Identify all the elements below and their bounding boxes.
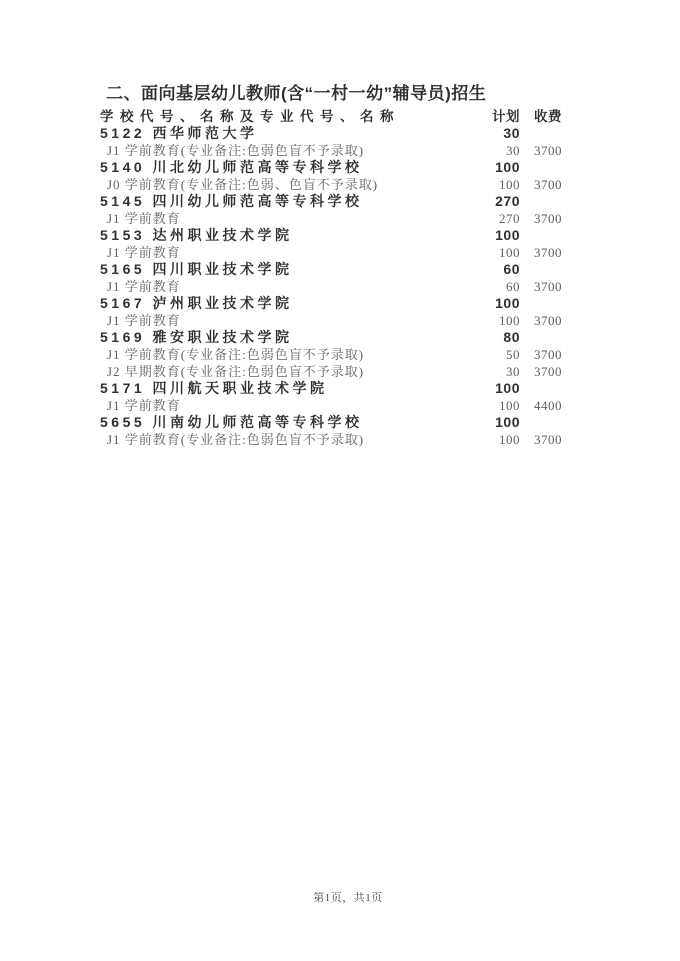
school-name: 5655 川南幼儿师范高等专科学校	[100, 414, 460, 431]
school-name: 5169 雅安职业技术学院	[100, 329, 460, 346]
plan-value: 100	[460, 397, 520, 414]
plan-value: 100	[460, 227, 520, 244]
header-plan-label: 计划	[460, 108, 520, 125]
major-name: J2 早期教育(专业备注:色弱色盲不予录取)	[100, 363, 460, 380]
plan-value: 100	[460, 414, 520, 431]
plan-value: 80	[460, 329, 520, 346]
table-row-major: J1 学前教育(专业备注:色弱色盲不予录取) 100 3700	[100, 431, 562, 448]
fee-value: 3700	[520, 278, 562, 295]
fee-value: 3700	[520, 346, 562, 363]
table-row-school: 5655 川南幼儿师范高等专科学校 100	[100, 414, 562, 431]
fee-value: 3700	[520, 142, 562, 159]
school-name: 5165 四川职业技术学院	[100, 261, 460, 278]
table-row-school: 5169 雅安职业技术学院 80	[100, 329, 562, 346]
table-row-major: J1 学前教育 100 4400	[100, 397, 562, 414]
fee-value: 3700	[520, 363, 562, 380]
school-name: 5140 川北幼儿师范高等专科学校	[100, 159, 460, 176]
table-row-school: 5153 达州职业技术学院 100	[100, 227, 562, 244]
fee-value: 3700	[520, 176, 562, 193]
plan-value: 100	[460, 312, 520, 329]
fee-value: 3700	[520, 210, 562, 227]
plan-value: 270	[460, 193, 520, 210]
plan-value: 100	[460, 159, 520, 176]
major-name: J1 学前教育(专业备注:色弱色盲不予录取)	[100, 142, 460, 159]
plan-value: 60	[460, 261, 520, 278]
plan-value: 100	[460, 295, 520, 312]
major-name: J1 学前教育	[100, 278, 460, 295]
table-row-school: 5145 四川幼儿师范高等专科学校 270	[100, 193, 562, 210]
school-name: 5145 四川幼儿师范高等专科学校	[100, 193, 460, 210]
major-name: J1 学前教育	[100, 244, 460, 261]
school-name: 5171 四川航天职业技术学院	[100, 380, 460, 397]
table-row-school: 5171 四川航天职业技术学院 100	[100, 380, 562, 397]
major-name: J0 学前教育(专业备注:色弱、色盲不予录取)	[100, 176, 460, 193]
plan-value: 100	[460, 176, 520, 193]
fee-value: 4400	[520, 397, 562, 414]
plan-value: 100	[460, 244, 520, 261]
header-fee-label: 收费	[520, 108, 562, 125]
plan-value: 30	[460, 125, 520, 142]
table-row-major: J1 学前教育 100 3700	[100, 312, 562, 329]
table-row-major: J0 学前教育(专业备注:色弱、色盲不予录取) 100 3700	[100, 176, 562, 193]
major-name: J1 学前教育	[100, 210, 460, 227]
table-row-school: 5140 川北幼儿师范高等专科学校 100	[100, 159, 562, 176]
plan-value: 30	[460, 363, 520, 380]
enrollment-table: 二、面向基层幼儿教师(含“一村一幼”辅导员)招生 学校代号、名称及专业代号、名称…	[100, 84, 562, 448]
plan-value: 100	[460, 380, 520, 397]
school-name: 5153 达州职业技术学院	[100, 227, 460, 244]
section-title: 二、面向基层幼儿教师(含“一村一幼”辅导员)招生	[100, 84, 562, 108]
table-row-major: J1 学前教育(专业备注:色弱色盲不予录取) 50 3700	[100, 346, 562, 363]
school-name: 5167 泸州职业技术学院	[100, 295, 460, 312]
major-name: J1 学前教育	[100, 397, 460, 414]
plan-value: 30	[460, 142, 520, 159]
table-row-school: 5122 西华师范大学 30	[100, 125, 562, 142]
major-name: J1 学前教育(专业备注:色弱色盲不予录取)	[100, 346, 460, 363]
table-row-school: 5167 泸州职业技术学院 100	[100, 295, 562, 312]
table-row-major: J1 学前教育 270 3700	[100, 210, 562, 227]
table-header-row: 学校代号、名称及专业代号、名称 计划 收费	[100, 108, 562, 125]
table-row-major: J2 早期教育(专业备注:色弱色盲不予录取) 30 3700	[100, 363, 562, 380]
document-page: 二、面向基层幼儿教师(含“一村一幼”辅导员)招生 学校代号、名称及专业代号、名称…	[0, 0, 680, 961]
table-row-major: J1 学前教育(专业备注:色弱色盲不予录取) 30 3700	[100, 142, 562, 159]
plan-value: 60	[460, 278, 520, 295]
major-name: J1 学前教育(专业备注:色弱色盲不予录取)	[100, 431, 460, 448]
table-row-school: 5165 四川职业技术学院 60	[100, 261, 562, 278]
fee-value: 3700	[520, 244, 562, 261]
school-name: 5122 西华师范大学	[100, 125, 460, 142]
header-name-label: 学校代号、名称及专业代号、名称	[100, 108, 460, 125]
plan-value: 50	[460, 346, 520, 363]
table-row-major: J1 学前教育 60 3700	[100, 278, 562, 295]
plan-value: 100	[460, 431, 520, 448]
table-row-major: J1 学前教育 100 3700	[100, 244, 562, 261]
plan-value: 270	[460, 210, 520, 227]
fee-value: 3700	[520, 312, 562, 329]
fee-value: 3700	[520, 431, 562, 448]
page-number-footer: 第1页，共1页	[0, 889, 680, 905]
major-name: J1 学前教育	[100, 312, 460, 329]
